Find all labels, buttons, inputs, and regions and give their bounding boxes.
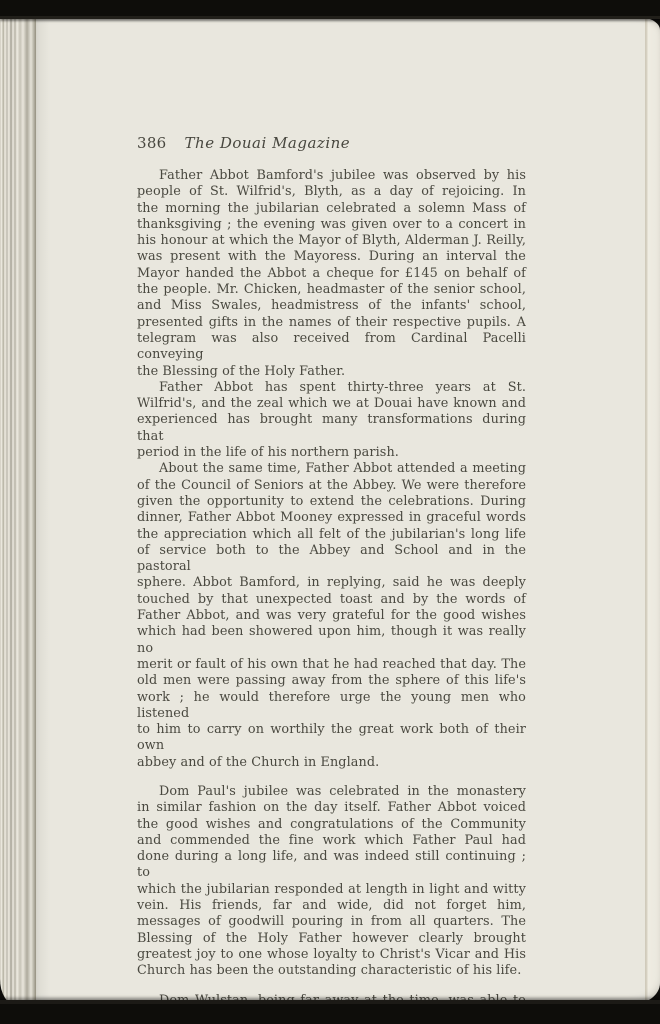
text-line: old men were passing away from the spher… — [137, 673, 526, 689]
text-line: people of St. Wilfrid's, Blyth, as a day… — [137, 184, 526, 200]
text-line: period in the life of his northern paris… — [137, 445, 526, 461]
text-line: abbey and of the Church in England. — [137, 755, 526, 771]
text-line: done during a long life, and was indeed … — [137, 849, 526, 882]
text-line: given the opportunity to extend the cele… — [137, 494, 526, 510]
text-line: sphere. Abbot Bamford, in replying, said… — [137, 575, 526, 591]
text-line: of the Council of Seniors at the Abbey. … — [137, 478, 526, 494]
text-line: touched by that unexpected toast and by … — [137, 592, 526, 608]
text-line: experienced has brought many transformat… — [137, 412, 526, 445]
text-line: the appreciation which all felt of the j… — [137, 527, 526, 543]
text-line: of service both to the Abbey and School … — [137, 543, 526, 576]
page-number: 386 — [137, 134, 167, 152]
text-line: Church has been the outstanding characte… — [137, 963, 526, 979]
text-line: telegram was also received from Cardinal… — [137, 331, 526, 364]
text-line: presented gifts in the names of their re… — [137, 315, 526, 331]
text-line: thanksgiving ; the evening was given ove… — [137, 217, 526, 233]
magazine-title: The Douai Magazine — [185, 134, 351, 152]
text-line: the Blessing of the Holy Father. — [137, 364, 526, 380]
text-line: Dom Paul's jubilee was celebrated in the… — [137, 784, 526, 800]
text-line: Mayor handed the Abbot a cheque for £145… — [137, 266, 526, 282]
text-line: in similar fashion on the day itself. Fa… — [137, 800, 526, 816]
paragraph: About the same time, Father Abbot attend… — [137, 461, 526, 771]
text-line: and commended the fine work which Father… — [137, 833, 526, 849]
paragraph: Father Abbot Bamford's jubilee was obser… — [137, 168, 526, 380]
book-page: 386The Douai Magazine Father Abbot Bamfo… — [36, 16, 660, 1005]
text-line: which the jubilarian responded at length… — [137, 882, 526, 898]
paragraph: Dom Paul's jubilee was celebrated in the… — [137, 784, 526, 980]
text-line: messages of goodwill pouring in from all… — [137, 914, 526, 930]
stacked-page-edges — [0, 15, 40, 1005]
text-line: his honour at which the Mayor of Blyth, … — [137, 233, 526, 249]
book-scan: 386The Douai Magazine Father Abbot Bamfo… — [0, 0, 660, 1024]
text-line: About the same time, Father Abbot attend… — [137, 461, 526, 477]
text-line: vein. His friends, far and wide, did not… — [137, 898, 526, 914]
text-block: Father Abbot Bamford's jubilee was obser… — [137, 168, 526, 1024]
text-line: work ; he would therefore urge the young… — [137, 690, 526, 723]
text-line: the people. Mr. Chicken, headmaster of t… — [137, 282, 526, 298]
text-line: merit or fault of his own that he had re… — [137, 657, 526, 673]
book-cover-bottom-edge — [0, 1000, 660, 1024]
text-line: Father Abbot has spent thirty-three year… — [137, 380, 526, 396]
text-line: to him to carry on worthily the great wo… — [137, 722, 526, 755]
text-line: Father Abbot, and was very grateful for … — [137, 608, 526, 624]
text-line: the good wishes and congratulations of t… — [137, 817, 526, 833]
text-line: greatest joy to one whose loyalty to Chr… — [137, 947, 526, 963]
text-line: dinner, Father Abbot Mooney expressed in… — [137, 510, 526, 526]
text-line: Blessing of the Holy Father however clea… — [137, 931, 526, 947]
text-line: which had been showered upon him, though… — [137, 624, 526, 657]
text-line: Wilfrid's, and the zeal which we at Doua… — [137, 396, 526, 412]
running-head: 386The Douai Magazine — [137, 134, 526, 152]
book-cover-top-edge — [0, 0, 660, 19]
text-line: the morning the jubilarian celebrated a … — [137, 201, 526, 217]
text-line: was present with the Mayoress. During an… — [137, 249, 526, 265]
paragraph: Father Abbot has spent thirty-three year… — [137, 380, 526, 461]
text-line: and Miss Swales, headmistress of the inf… — [137, 298, 526, 314]
text-line: Father Abbot Bamford's jubilee was obser… — [137, 168, 526, 184]
